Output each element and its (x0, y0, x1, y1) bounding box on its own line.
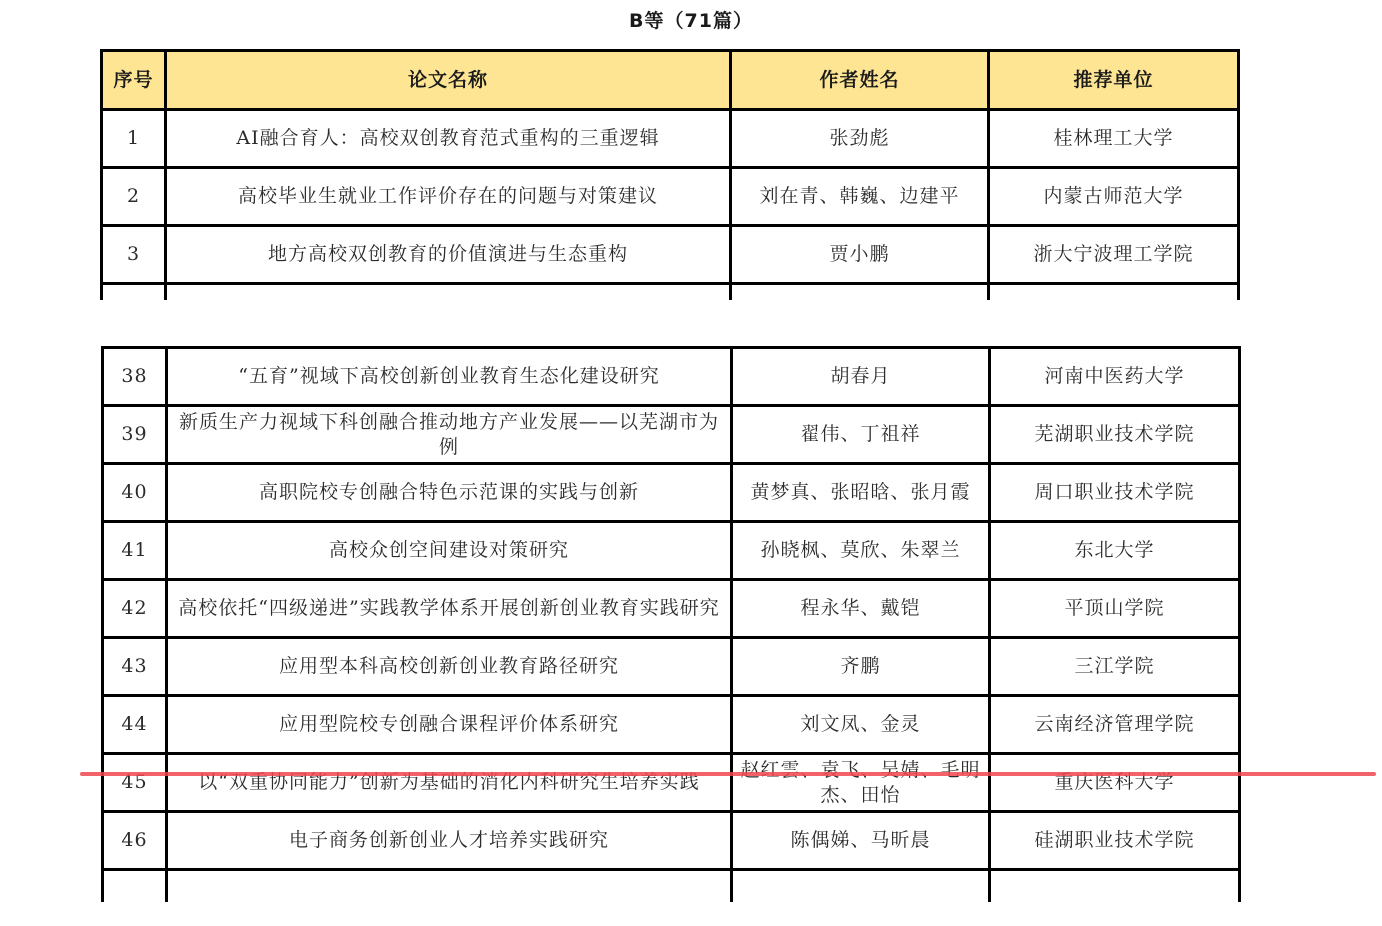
table-row: 3 地方高校双创教育的价值演进与生态重构 贾小鹏 浙大宁波理工学院 (102, 226, 1239, 284)
header-number: 序号 (102, 51, 166, 110)
cell-paper-title: 高校毕业生就业工作评价存在的问题与对策建议 (166, 168, 731, 226)
cell-number: 46 (103, 812, 167, 870)
cell-unit: 芜湖职业技术学院 (990, 406, 1240, 464)
cell-number: 39 (103, 406, 167, 464)
cell-authors: 刘在青、韩巍、边建平 (731, 168, 989, 226)
cell-authors: 孙晓枫、莫欣、朱翠兰 (732, 522, 990, 580)
cell-unit: 周口职业技术学院 (990, 464, 1240, 522)
papers-table-top: 序号 论文名称 作者姓名 推荐单位 1 AI融合育人：高校双创教育范式重构的三重… (100, 49, 1240, 300)
cell-unit: 三江学院 (990, 638, 1240, 696)
cell-authors: 胡春月 (732, 348, 990, 406)
papers-table-bottom: 38 “五育”视域下高校创新创业教育生态化建设研究 胡春月 河南中医药大学 39… (101, 346, 1241, 902)
cell-number: 38 (103, 348, 167, 406)
table-row: 1 AI融合育人：高校双创教育范式重构的三重逻辑 张劲彪 桂林理工大学 (102, 110, 1239, 168)
table-row: 2 高校毕业生就业工作评价存在的问题与对策建议 刘在青、韩巍、边建平 内蒙古师范… (102, 168, 1239, 226)
cell-paper-title: 以“双重协同能力”创新为基础的消化内科研究生培养实践 (167, 754, 732, 812)
cell-paper-title: “五育”视域下高校创新创业教育生态化建设研究 (167, 348, 732, 406)
cell-number: 3 (102, 226, 166, 284)
cell-number: 40 (103, 464, 167, 522)
table-row: 41 高校众创空间建设对策研究 孙晓枫、莫欣、朱翠兰 东北大学 (103, 522, 1240, 580)
cell-number: 2 (102, 168, 166, 226)
cell-authors: 黄梦真、张昭晗、张月霞 (732, 464, 990, 522)
cell-paper-title: 高校众创空间建设对策研究 (167, 522, 732, 580)
cell-unit (990, 870, 1240, 903)
cell-paper-title: 应用型院校专创融合课程评价体系研究 (167, 696, 732, 754)
cell-unit: 桂林理工大学 (989, 110, 1239, 168)
cell-paper-title (166, 284, 731, 301)
cell-unit: 云南经济管理学院 (990, 696, 1240, 754)
cell-paper-title: AI融合育人：高校双创教育范式重构的三重逻辑 (166, 110, 731, 168)
cell-paper-title: 高校依托“四级递进”实践教学体系开展创新创业教育实践研究 (167, 580, 732, 638)
table-row-cut-off (103, 870, 1240, 903)
cell-paper-title: 高职院校专创融合特色示范课的实践与创新 (167, 464, 732, 522)
table-row: 46 电子商务创新创业人才培养实践研究 陈偶娣、马昕晨 硅湖职业技术学院 (103, 812, 1240, 870)
cell-number (103, 870, 167, 903)
table-section-bottom: 38 “五育”视域下高校创新创业教育生态化建设研究 胡春月 河南中医药大学 39… (95, 342, 1295, 902)
cell-number: 44 (103, 696, 167, 754)
cell-number (102, 284, 166, 301)
table-row: 40 高职院校专创融合特色示范课的实践与创新 黄梦真、张昭晗、张月霞 周口职业技… (103, 464, 1240, 522)
cell-paper-title: 电子商务创新创业人才培养实践研究 (167, 812, 732, 870)
cell-paper-title: 新质生产力视域下科创融合推动地方产业发展——以芜湖市为例 (167, 406, 732, 464)
cell-paper-title (167, 870, 732, 903)
cell-authors: 齐鹏 (732, 638, 990, 696)
cell-authors (731, 284, 989, 301)
cell-authors: 张劲彪 (731, 110, 989, 168)
cell-unit: 重庆医科大学 (990, 754, 1240, 812)
cell-number: 43 (103, 638, 167, 696)
header-authors: 作者姓名 (731, 51, 989, 110)
cell-unit: 硅湖职业技术学院 (990, 812, 1240, 870)
cell-number: 1 (102, 110, 166, 168)
cell-number: 41 (103, 522, 167, 580)
cell-unit (989, 284, 1239, 301)
cell-unit: 浙大宁波理工学院 (989, 226, 1239, 284)
section-title: B等（71篇） (0, 6, 1382, 33)
table-section-top: 序号 论文名称 作者姓名 推荐单位 1 AI融合育人：高校双创教育范式重构的三重… (95, 45, 1295, 300)
table-header-row: 序号 论文名称 作者姓名 推荐单位 (102, 51, 1239, 110)
cell-paper-title: 应用型本科高校创新创业教育路径研究 (167, 638, 732, 696)
cell-authors: 贾小鹏 (731, 226, 989, 284)
cell-unit: 平顶山学院 (990, 580, 1240, 638)
table-row: 43 应用型本科高校创新创业教育路径研究 齐鹏 三江学院 (103, 638, 1240, 696)
cell-authors: 翟伟、丁祖祥 (732, 406, 990, 464)
cell-paper-title: 地方高校双创教育的价值演进与生态重构 (166, 226, 731, 284)
red-underline-annotation (80, 772, 1376, 776)
cell-authors: 陈偶娣、马昕晨 (732, 812, 990, 870)
cell-number: 45 (103, 754, 167, 812)
cell-unit: 东北大学 (990, 522, 1240, 580)
header-unit: 推荐单位 (989, 51, 1239, 110)
cell-authors: 刘文凤、金灵 (732, 696, 990, 754)
cell-authors (732, 870, 990, 903)
cell-unit: 河南中医药大学 (990, 348, 1240, 406)
cell-authors: 程永华、戴铠 (732, 580, 990, 638)
table-row: 39 新质生产力视域下科创融合推动地方产业发展——以芜湖市为例 翟伟、丁祖祥 芜… (103, 406, 1240, 464)
table-row: 45 以“双重协同能力”创新为基础的消化内科研究生培养实践 赵红雲、袁飞、吴婧、… (103, 754, 1240, 812)
table-row: 42 高校依托“四级递进”实践教学体系开展创新创业教育实践研究 程永华、戴铠 平… (103, 580, 1240, 638)
cell-number: 42 (103, 580, 167, 638)
table-row: 38 “五育”视域下高校创新创业教育生态化建设研究 胡春月 河南中医药大学 (103, 348, 1240, 406)
table-row: 44 应用型院校专创融合课程评价体系研究 刘文凤、金灵 云南经济管理学院 (103, 696, 1240, 754)
cell-authors: 赵红雲、袁飞、吴婧、毛明杰、田怡 (732, 754, 990, 812)
cell-unit: 内蒙古师范大学 (989, 168, 1239, 226)
table-row-cut-off (102, 284, 1239, 301)
header-paper-title: 论文名称 (166, 51, 731, 110)
